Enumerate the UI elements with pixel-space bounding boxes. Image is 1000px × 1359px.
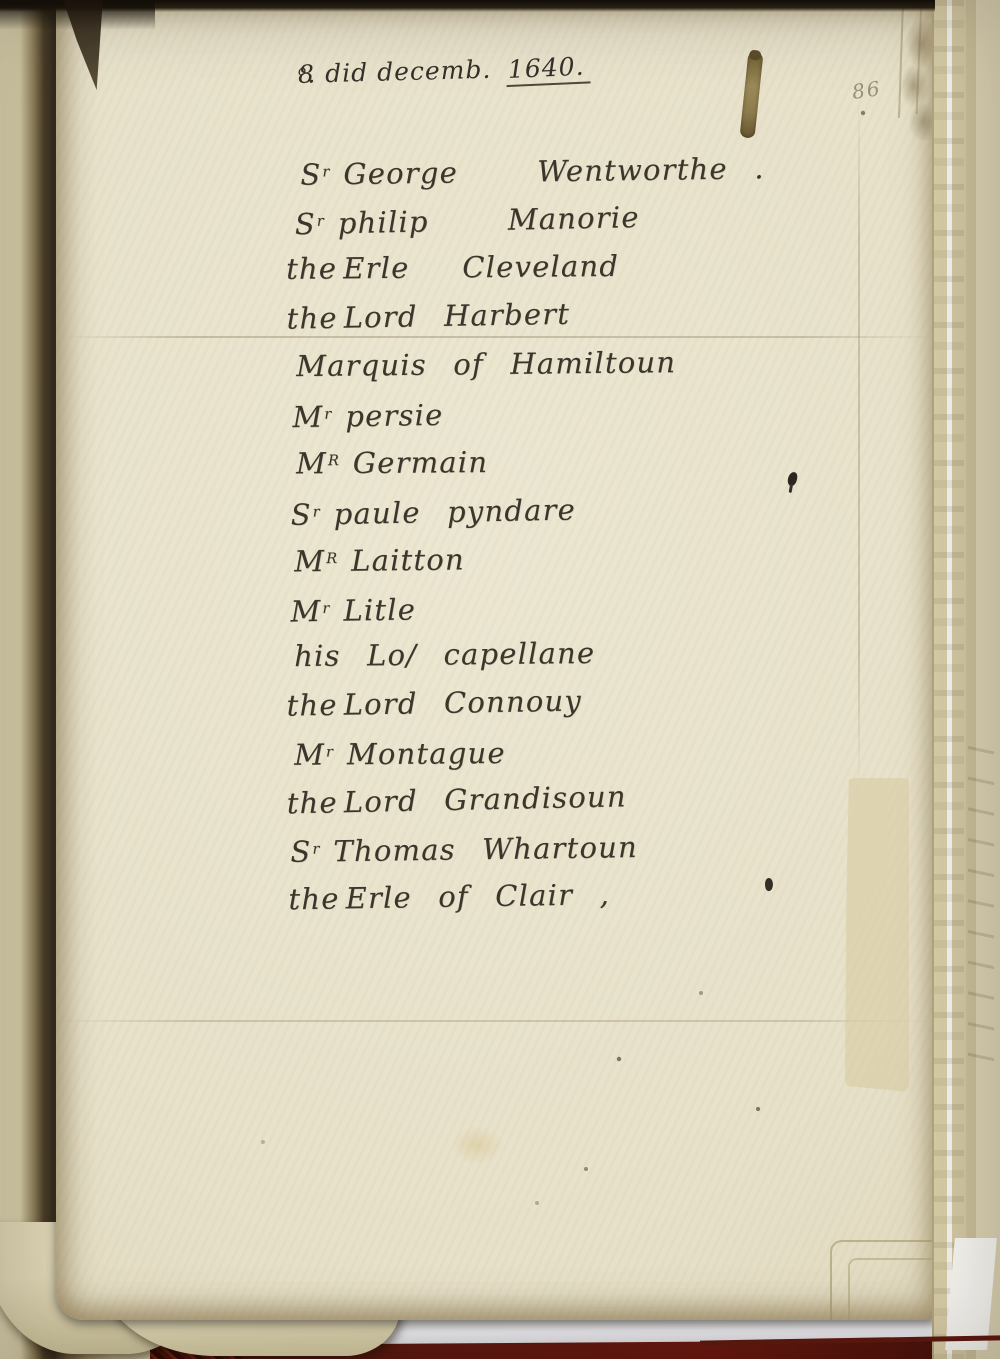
showthrough-writing-marks — [968, 740, 994, 1070]
fore-edge-stains — [934, 0, 964, 1359]
list-item: MRLaitton — [188, 481, 809, 537]
list-item: theLord Connouy — [180, 625, 801, 684]
list-item: Marquis of Hamiltoun — [184, 288, 804, 343]
repair-tissue-patch — [845, 778, 909, 1092]
list-item: Mrpersie — [186, 335, 807, 393]
list-item: theLord Harbert — [180, 238, 801, 297]
folio-number: 86 — [850, 76, 883, 104]
header-date: 8o. did decemb. 1640. — [298, 52, 591, 92]
entry-name: Erle of Clair , — [345, 877, 610, 915]
header-day: 8 — [298, 59, 316, 88]
list-item: MRGermain — [190, 386, 810, 439]
name-list: SrGeorge Wentworthe . Srphilip Manorie t… — [186, 98, 806, 872]
header-year-underlined: 1640. — [506, 51, 591, 87]
fold-crease-vertical — [858, 100, 860, 790]
foxing-stain — [440, 1118, 514, 1172]
header-month: . did decemb. — [307, 55, 492, 89]
fold-crease-horizontal-lower — [60, 1020, 932, 1022]
manuscript-photo: 86 8o. did decemb. 1640. SrGeorge Wentwo… — [0, 0, 1000, 1359]
list-item: theErle of Clair , — [182, 819, 803, 877]
list-item: MrLitle — [184, 528, 805, 587]
handwritten-text-block: 8o. did decemb. 1640. SrGeorge Wentworth… — [186, 56, 806, 916]
fold-border-bottom-right-inner — [848, 1258, 936, 1320]
list-item: theErle Cleveland — [180, 192, 800, 246]
entry-title-prefix: the — [288, 882, 340, 917]
